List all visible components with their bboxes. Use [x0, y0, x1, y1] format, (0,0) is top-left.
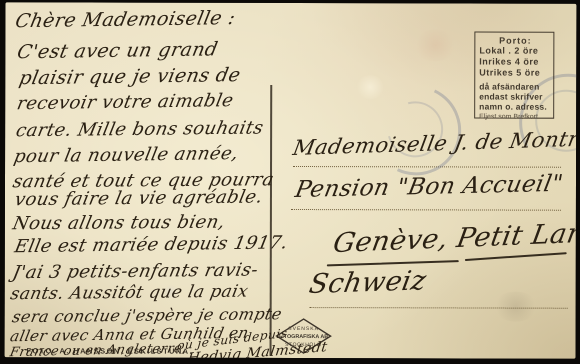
address-line-country: Schweiz — [307, 265, 429, 300]
city-underline-ink — [327, 260, 459, 266]
logo-text-top: SVENSKA — [288, 326, 319, 332]
message-line: J'ai 3 petits-enfants ravis- — [11, 260, 260, 284]
porto-rate: Utrikes 5 öre — [479, 67, 551, 78]
porto-rate-box: Porto: Lokal . 2 öre Inrikes 4 öre Utrik… — [474, 31, 554, 118]
message-line: Chère Mademoiselle : — [13, 7, 237, 32]
porto-rate: Lokal . 2 öre — [479, 45, 551, 56]
photo-frame: Chère Mademoiselle : C'est avec un grand… — [0, 0, 580, 364]
message-line: sants. Aussitôt que la paix — [9, 282, 250, 305]
message-line: C'est avec un grand — [15, 38, 220, 63]
porto-note: namn o. adress. — [479, 101, 551, 111]
paper-stain — [355, 75, 385, 99]
paper-stain — [413, 29, 457, 61]
porto-rate: Inrikes 4 öre — [479, 56, 551, 67]
message-line: France ou en Angleterre, — [9, 341, 188, 359]
address-line-city: Genève, Petit Lancy — [331, 217, 577, 259]
porto-note: endast skrifver — [479, 91, 551, 101]
address-line-pension: Pension "Bon Accueil" — [293, 171, 565, 203]
message-line: pour la nouvelle année, — [12, 143, 240, 167]
porto-footnote: Eljest som Brefkort. — [479, 113, 551, 120]
message-line: recevoir votre aimable — [15, 90, 235, 114]
message-line: Elle est mariée depuis 1917. — [13, 232, 290, 257]
message-line: carte. Mille bons souhaits — [14, 117, 265, 141]
message-line: Nous allons tous bien, — [11, 212, 227, 235]
message-line: vous faire la vie agréable. — [13, 186, 265, 210]
city-underline-ink — [465, 252, 567, 261]
address-dotted-line — [291, 209, 561, 211]
porto-note: då afsändaren — [479, 81, 551, 91]
address-dotted-line — [310, 307, 568, 309]
postcard-back: Chère Mademoiselle : C'est avec un grand… — [5, 2, 577, 358]
porto-title: Porto: — [479, 35, 551, 45]
message-line: plaisir que je viens de — [17, 64, 242, 89]
